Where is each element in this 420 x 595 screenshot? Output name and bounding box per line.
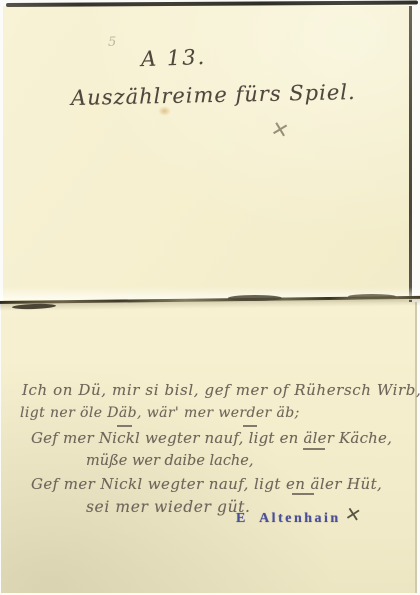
- catalog-number: A 13.: [141, 45, 207, 71]
- underline-mark: [292, 493, 314, 495]
- underline-mark: [243, 425, 257, 427]
- faint-pencil-mark: 5: [108, 35, 116, 50]
- poem-line-5: Gef mer Nickl wegter nauf, ligt en äler …: [31, 475, 382, 493]
- poem-line-3: Gef mer Nickl wegter nauf, ligt en äler …: [31, 429, 392, 447]
- underline-mark: [117, 425, 132, 427]
- paper-right-edge-shadow: [409, 6, 412, 302]
- underline-mark: [303, 448, 325, 450]
- fold-crease-blob: [348, 294, 396, 299]
- poem-line-6: sei mer wieder güt.: [86, 498, 251, 516]
- poem-line-1: Ich on Dü, mir si bisl, gef mer of Rüher…: [22, 381, 420, 399]
- fold-crease-blob: [228, 295, 282, 301]
- place-stamp: E Altenhain: [236, 511, 341, 527]
- poem-line-4: müße wer daibe lache,: [86, 453, 253, 469]
- paper-upper-half: [3, 6, 411, 302]
- scanned-document-page: 5 A 13. Auszählreime fürs Spiel. ✕ Ich o…: [0, 0, 420, 595]
- poem-line-2: ligt ner öle Däb, wär' mer werder äb;: [20, 405, 300, 421]
- paper-lower-half: [1, 302, 417, 593]
